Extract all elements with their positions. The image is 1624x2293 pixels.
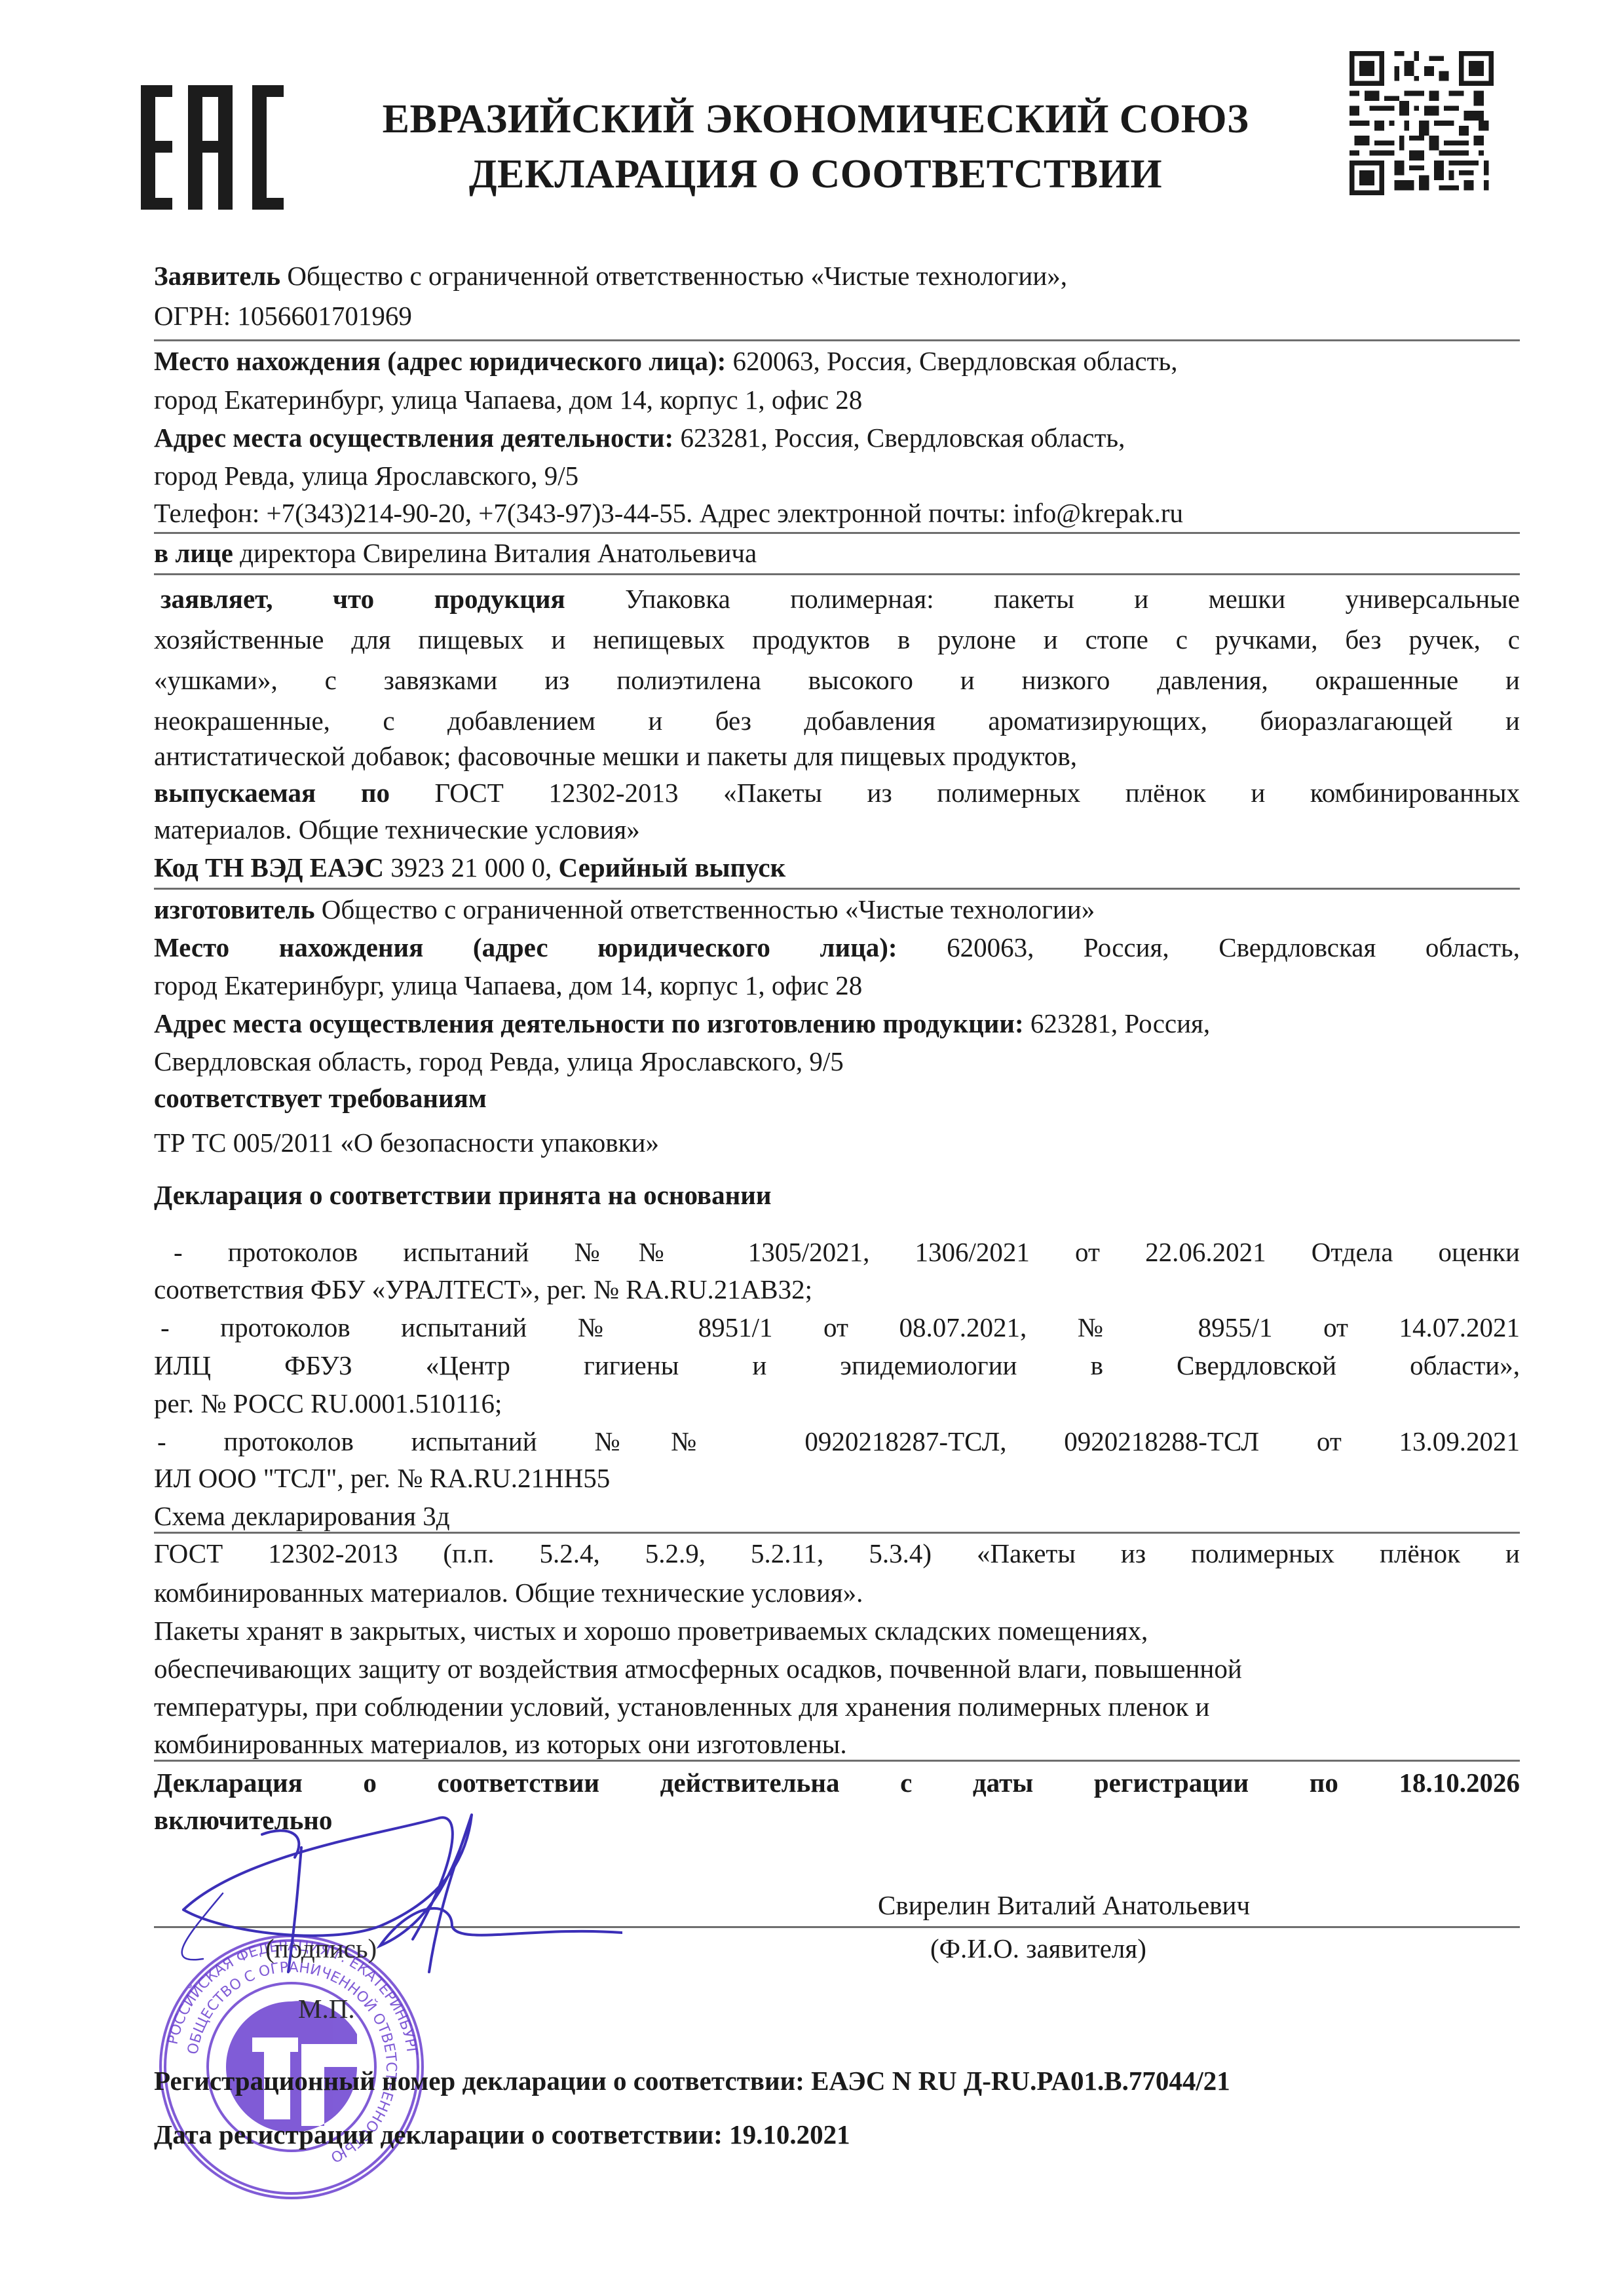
applicant-label: Заявитель: [154, 261, 280, 291]
manufacturer-legal-address: Место нахождения (адрес юридического лиц…: [154, 930, 1520, 964]
protocol-3-line1: - протоколов испытаний №№ 0920218287-ТСЛ…: [157, 1424, 1520, 1458]
additional-info-line1: ГОСТ 12302-2013 (п.п. 5.2.4, 5.2.9, 5.2.…: [154, 1536, 1520, 1570]
separator-line: [154, 339, 1520, 341]
manufacturer-line: изготовитель Общество с ограниченной отв…: [154, 892, 1520, 926]
hs-code-value: 3923 21 000 0,: [384, 852, 559, 882]
additional-info-line3: Пакеты хранят в закрытых, чистых и хорош…: [154, 1614, 1520, 1648]
registration-number: Регистрационный номер декларации о соотв…: [154, 2064, 1520, 2098]
title-line-union: ЕВРАЗИЙСКИЙ ЭКОНОМИЧЕСКИЙ СОЮЗ: [328, 92, 1304, 147]
protocol-2-line3: рег. № РОСС RU.0001.510116;: [154, 1386, 1520, 1420]
manufacturer-label: изготовитель: [154, 894, 315, 924]
product-line-4: неокрашенные, с добавлением и без добавл…: [154, 704, 1520, 738]
applicant-legal-address: Место нахождения (адрес юридического лиц…: [154, 344, 1520, 378]
separator-line: [154, 1760, 1520, 1762]
product-line-1: заявляет, что продукция Упаковка полимер…: [161, 582, 1520, 616]
applicant-representative: в лице директора Свирелина Виталия Анато…: [154, 536, 1520, 570]
manufacturer-name: Общество с ограниченной ответственностью…: [315, 894, 1095, 924]
applicant-activity-address: Адрес места осуществления деятельности: …: [154, 421, 1520, 455]
applicant-line: Заявитель Общество с ограниченной ответс…: [154, 259, 1520, 293]
separator-line: [154, 1532, 1520, 1534]
represented-by: директора Свирелина Виталия Анатольевича: [233, 538, 757, 568]
registration-date: Дата регистрации декларации о соответств…: [154, 2117, 1520, 2151]
produced-standard: ГОСТ 12302-2013 «Пакеты из полимерных пл…: [390, 778, 1520, 808]
hs-code-label: Код ТН ВЭД ЕАЭС: [154, 852, 384, 882]
document-title: ЕВРАЗИЙСКИЙ ЭКОНОМИЧЕСКИЙ СОЮЗ ДЕКЛАРАЦИ…: [328, 92, 1304, 202]
protocol-1-line2: соответствия ФБУ «УРАЛТЕСТ», рег. № RA.R…: [154, 1272, 1520, 1306]
complies-label: соответствует требованиям: [154, 1081, 1520, 1115]
applicant-legal-address-line2: город Екатеринбург, улица Чапаева, дом 1…: [154, 383, 1520, 417]
additional-info-line6: комбинированных материалов, из которых о…: [154, 1727, 1520, 1761]
additional-info-line4: обеспечивающих защиту от воздействия атм…: [154, 1652, 1520, 1686]
additional-info-line5: температуры, при соблюдении условий, уст…: [154, 1690, 1520, 1724]
title-line-declaration: ДЕКЛАРАЦИЯ О СООТВЕТСТВИИ: [328, 147, 1304, 202]
regulation: ТР ТС 005/2011 «О безопасности упаковки»: [154, 1126, 1520, 1160]
manufacturer-legal-address-value: 620063, Россия, Свердловская область,: [897, 932, 1520, 962]
production-address-value: 623281, Россия,: [1024, 1008, 1211, 1038]
separator-line: [154, 888, 1520, 890]
separator-line: [154, 532, 1520, 534]
signer-name: Свирелин Виталий Анатольевич: [878, 1888, 1250, 1922]
protocol-2-line1: - протоколов испытаний № 8951/1 от 08.07…: [161, 1310, 1520, 1344]
protocol-3-line2: ИЛ ООО "ТСЛ", рег. № RA.RU.21НН55: [154, 1461, 1520, 1495]
product-description: Упаковка полимерная: пакеты и мешки унив…: [565, 584, 1520, 614]
stamp-caption: М.П.: [298, 1992, 355, 2026]
product-line-3: «ушками», с завязками из полиэтилена выс…: [154, 663, 1520, 697]
activity-address-value: 623281, Россия, Свердловская область,: [673, 423, 1125, 453]
handwritten-signature-icon: [164, 1795, 622, 1979]
applicant-contacts: Телефон: +7(343)214-90-20, +7(343-97)3-4…: [154, 496, 1520, 530]
activity-address-label: Адрес места осуществления деятельности:: [154, 423, 673, 453]
manufacturer-production-address-line2: Свердловская область, город Ревда, улица…: [154, 1044, 1520, 1078]
applicant-activity-address-line2: город Ревда, улица Ярославского, 9/5: [154, 459, 1520, 493]
declaration-scheme: Схема декларирования 3д: [154, 1499, 1520, 1533]
protocol-2-line2: ИЛЦ ФБУЗ «Центр гигиены и эпидемиологии …: [154, 1348, 1520, 1382]
qr-code-icon[interactable]: [1350, 51, 1494, 195]
separator-line: [154, 573, 1520, 575]
legal-address-value: 620063, Россия, Свердловская область,: [726, 346, 1177, 376]
applicant-name: Общество с ограниченной ответственностью…: [280, 261, 1067, 291]
product-line-2: хозяйственные для пищевых и непищевых пр…: [154, 622, 1520, 656]
legal-address-label: Место нахождения (адрес юридического лиц…: [154, 346, 726, 376]
manufacturer-legal-address-line2: город Екатеринбург, улица Чапаева, дом 1…: [154, 968, 1520, 1002]
represented-label: в лице: [154, 538, 233, 568]
name-caption: (Ф.И.О. заявителя): [930, 1931, 1146, 1965]
declares-label: заявляет, что продукция: [161, 584, 565, 614]
hs-code-line: Код ТН ВЭД ЕАЭС 3923 21 000 0, Серийный …: [154, 850, 1520, 884]
produced-label: выпускаемая по: [154, 778, 390, 808]
eac-logo-icon: [141, 85, 288, 210]
series-label: Серийный выпуск: [559, 852, 786, 882]
produced-by-standard: выпускаемая по ГОСТ 12302-2013 «Пакеты и…: [154, 776, 1520, 810]
manufacturer-production-address: Адрес места осуществления деятельности п…: [154, 1006, 1520, 1040]
production-address-label: Адрес места осуществления деятельности п…: [154, 1008, 1024, 1038]
protocol-1-line1: - протоколов испытаний №№ 1305/2021, 130…: [174, 1235, 1520, 1269]
manufacturer-legal-address-label: Место нахождения (адрес юридического лиц…: [154, 932, 897, 962]
additional-info-line2: комбинированных материалов. Общие технич…: [154, 1576, 1520, 1610]
product-line-5: антистатической добавок; фасовочные мешк…: [154, 739, 1520, 773]
produced-standard-line2: материалов. Общие технические условия»: [154, 812, 1520, 846]
basis-label: Декларация о соответствии принята на осн…: [154, 1178, 1520, 1212]
declaration-page: ЕВРАЗИЙСКИЙ ЭКОНОМИЧЕСКИЙ СОЮЗ ДЕКЛАРАЦИ…: [0, 0, 1624, 2293]
applicant-ogrn: ОГРН: 1056601701969: [154, 299, 1520, 333]
